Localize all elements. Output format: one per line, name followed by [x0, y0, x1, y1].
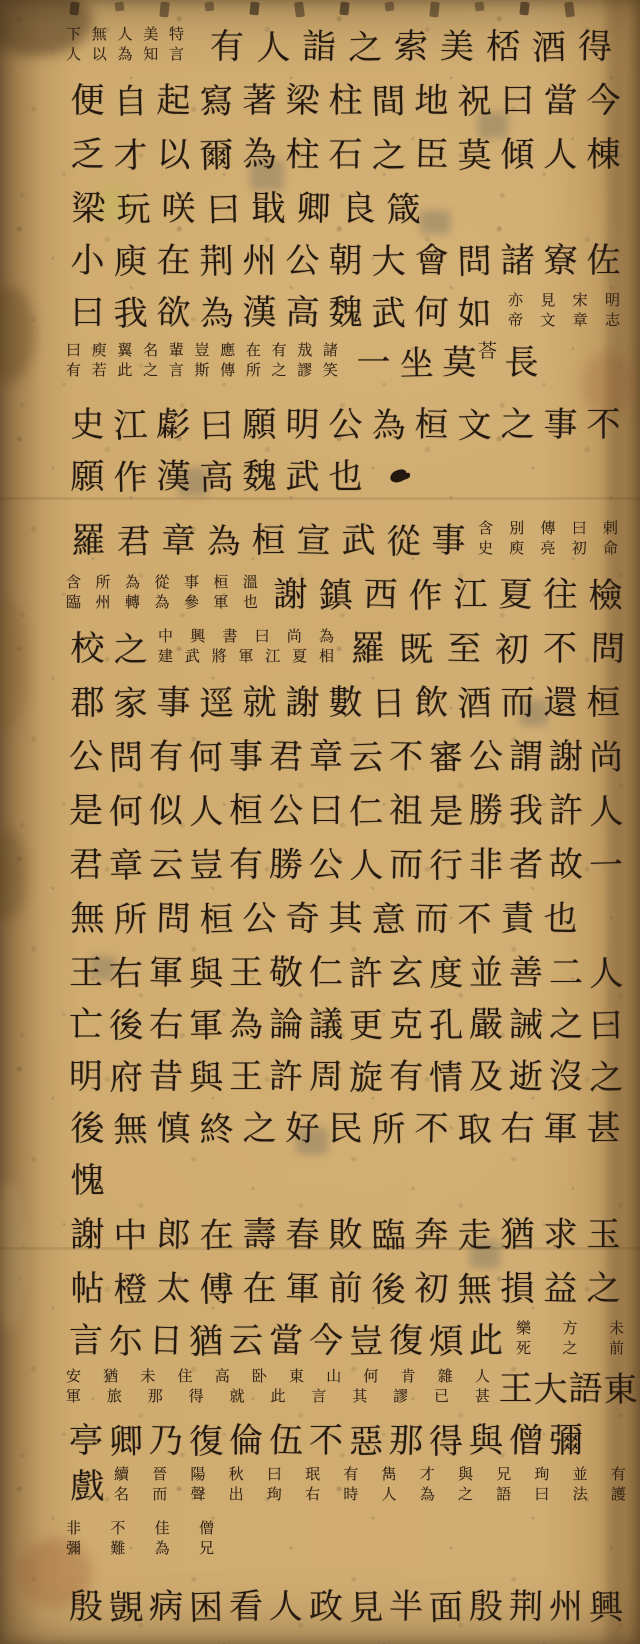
edge-vignette — [0, 0, 640, 1644]
manuscript-photo: 下無人美特人以為知言有人詣之索美桮酒得便自起寫著梁柱間地祝曰當今乏才以爾為柱石之… — [0, 0, 640, 1644]
